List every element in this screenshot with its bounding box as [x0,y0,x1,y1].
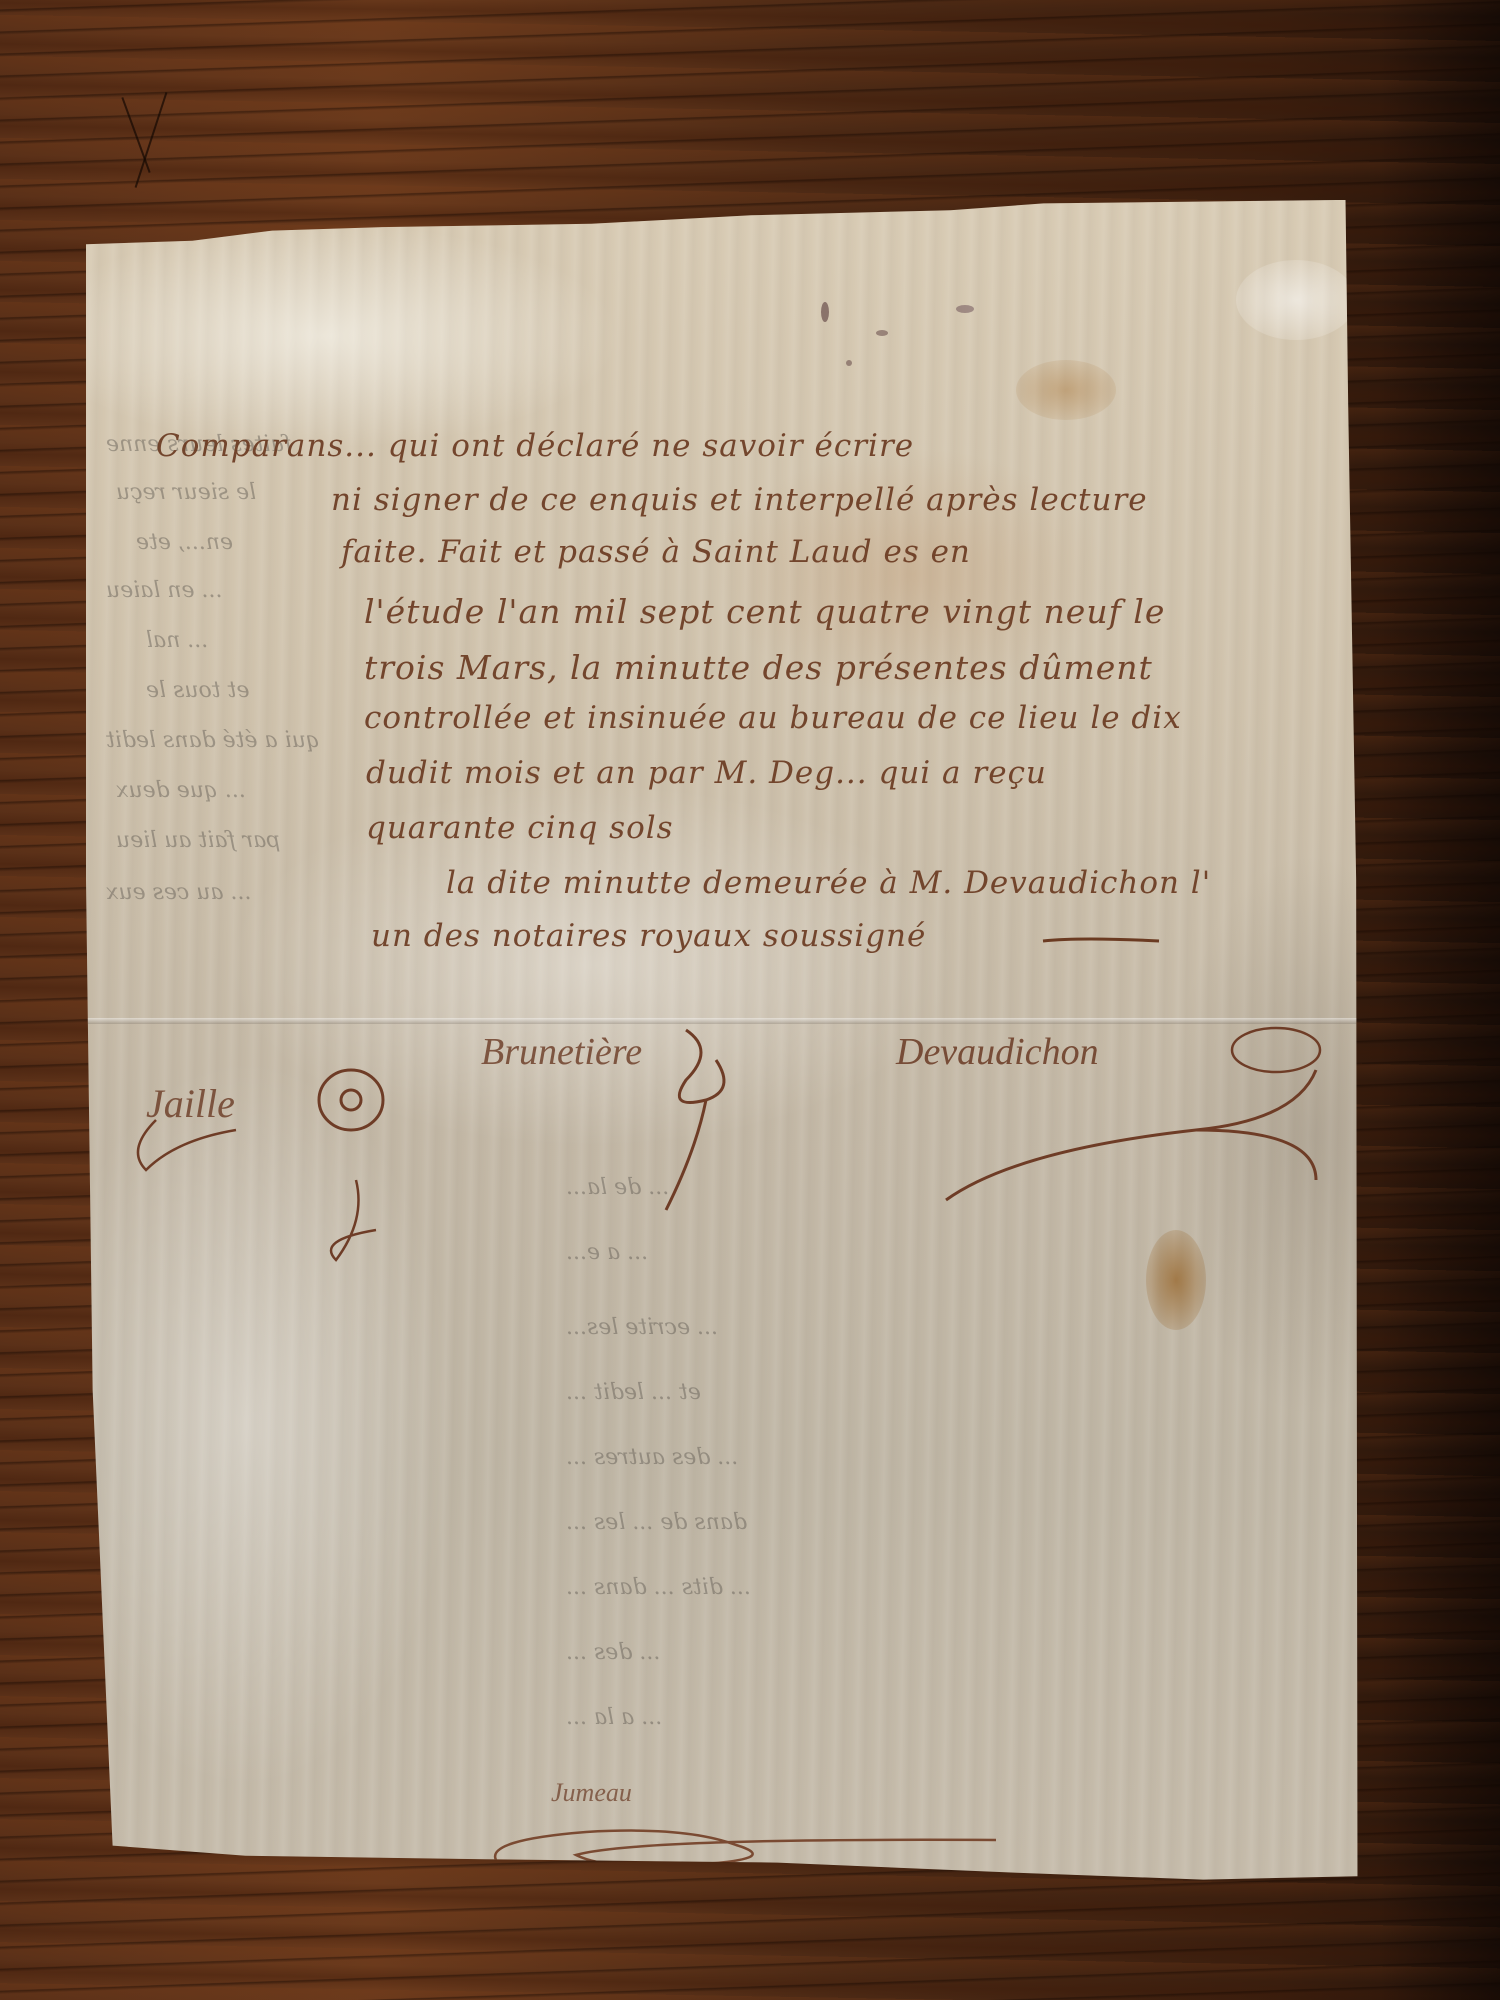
bleed-line: ... a la ... [566,1705,662,1730]
text-line-2: ni signer de ce enquis et interpellé apr… [331,482,1148,518]
ink-speck [821,302,829,322]
bleed-line: ... des autres ... [566,1445,738,1470]
bleed-line: et ... ledit ... [566,1380,701,1405]
text-line-4: l'étude l'an mil sept cent quatre vingt … [364,592,1165,631]
wood-shadow [1380,0,1500,2000]
bleed-line: et tous le [146,678,249,703]
text-line-1: Comparans... qui ont déclaré ne savoir é… [156,428,914,464]
bleed-line: ... ecrite les... [566,1315,718,1340]
text-line-8: quarante cinq sols [366,810,674,846]
bleed-line: en..., ete [136,530,233,555]
bleed-line: le sieur reçu [116,480,256,505]
text-line-3: faite. Fait et passé à Saint Laud es en [341,534,971,570]
bleed-line: par fait au lieu [116,828,280,853]
bleed-line: ... a e... [566,1240,648,1265]
parchment-document: faites leurs enne le sieur reçu en..., e… [86,200,1416,1900]
signature-right-flourish [916,1010,1336,1210]
signature-bottom: Jumeau [551,1778,632,1808]
brown-stain [1146,1230,1206,1330]
water-stain [1016,360,1116,420]
text-line-10: un des notaires royaux soussigné [371,918,926,954]
bleed-line: ... nal [146,628,208,653]
text-line-9: la dite minutte demeurée à M. Devaudicho… [446,865,1211,901]
text-line-5: trois Mars, la minutte des présentes dûm… [364,648,1153,687]
bleed-line: ... en laieu [106,578,223,603]
bleed-line: ... des ... [566,1640,660,1665]
ink-speck [876,330,888,336]
bleed-line: ... de la... [566,1175,669,1200]
text-line-7: dudit mois et an par M. Deg... qui a reç… [366,755,1047,791]
signature-center: Brunetière [481,1030,642,1074]
line-end-dash [1041,935,1161,947]
text-line-6: controllée et insinuée au bureau de ce l… [364,700,1182,736]
bleed-line: qui a été dans ledit [106,728,320,753]
bleed-line: ... dits ... dans ... [566,1575,751,1600]
bleed-line: ... que deux [116,778,246,803]
bleed-line: ... au ces eux [106,880,251,905]
light-patch [1236,260,1356,340]
bleed-line: dans de ... les ... [566,1510,747,1535]
ink-speck [846,360,852,366]
ink-speck [956,305,974,313]
signature-center-flourish [646,1020,846,1250]
signature-left-flourish [116,1060,436,1320]
